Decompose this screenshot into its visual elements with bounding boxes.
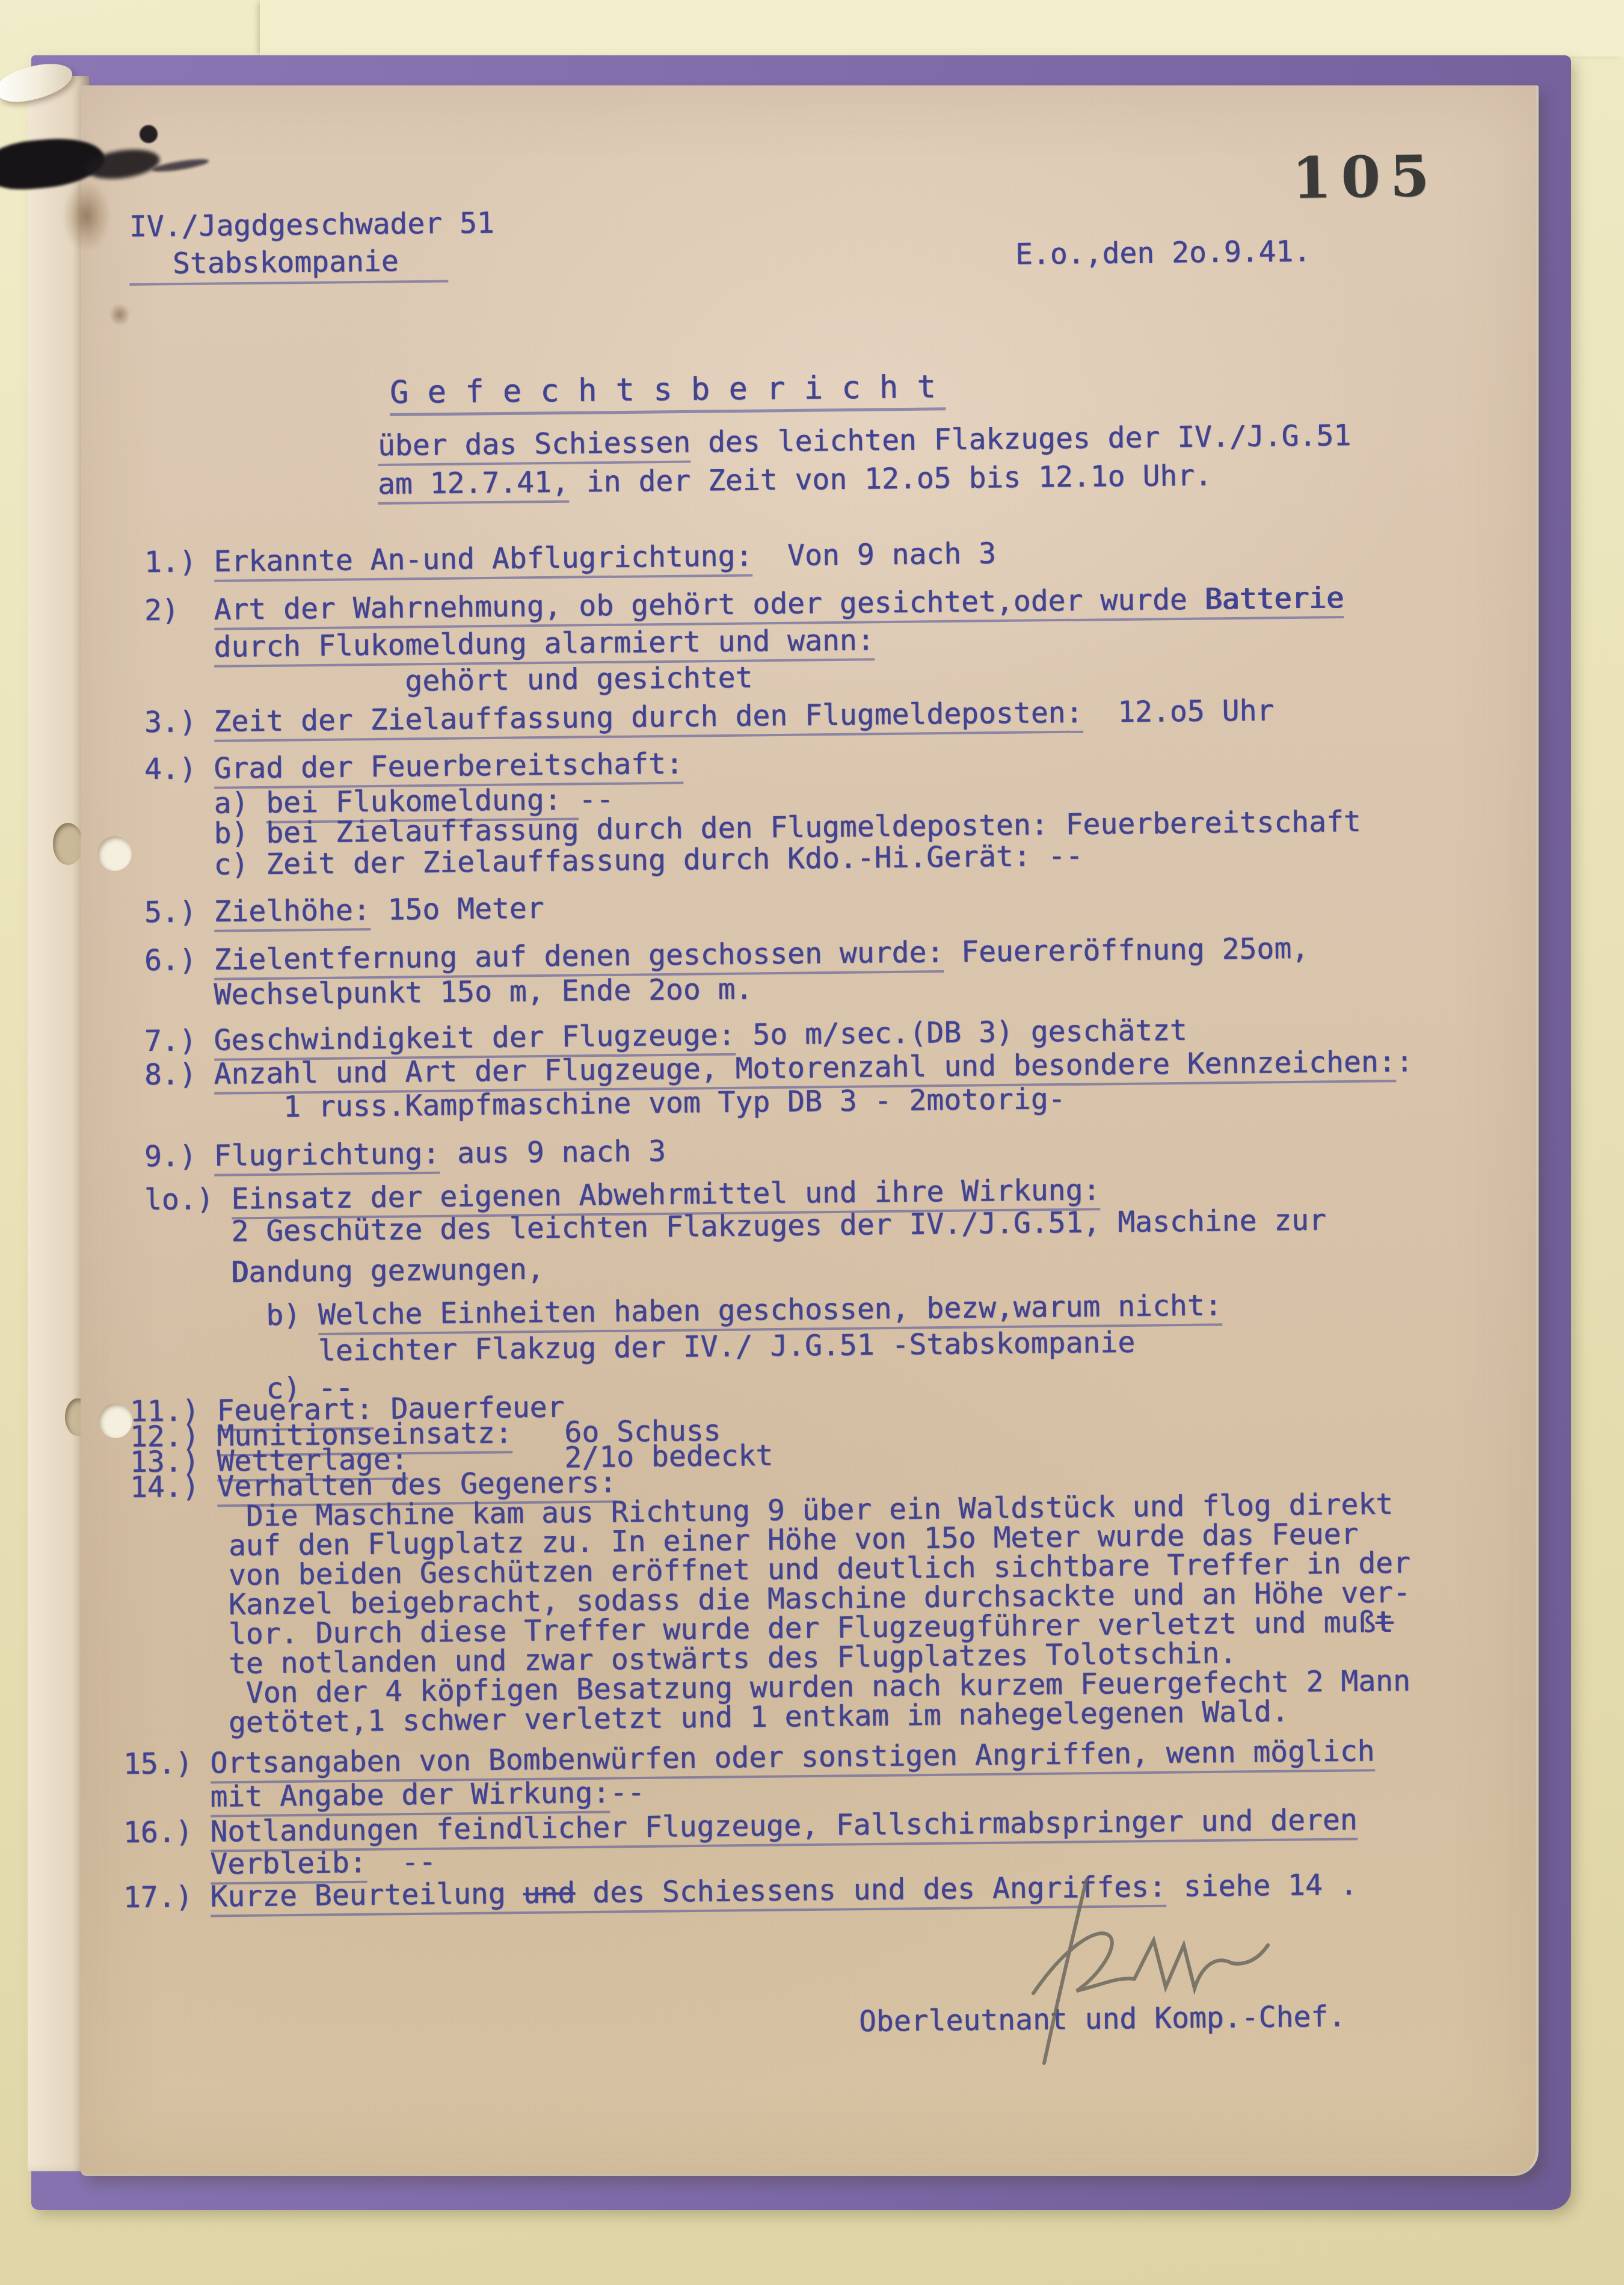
- report-line: gehört und gesichtet: [144, 662, 753, 699]
- unit-designation: IV./Jagdgeschwader 51: [129, 208, 494, 242]
- report-line: am 12.7.41, in der Zeit von 12.o5 bis 12…: [378, 460, 1213, 499]
- report-line: 4.) Grad der Feuerbereitschaft:: [144, 749, 683, 785]
- report-line: 5.) Zielhöhe: 15o Meter: [144, 893, 544, 927]
- page-number-stamp: 105: [1291, 147, 1439, 209]
- report-line: 6.) Zielentfernung auf denen geschossen …: [144, 933, 1309, 976]
- report-line: Wechselpunkt 15o m, Ende 2oo m.: [144, 974, 753, 1010]
- report-line: c) Zeit der Zielauffassung durch Kdo.-Hi…: [144, 841, 1083, 881]
- report-line: b) Welche Einheiten haben geschossen, be…: [144, 1290, 1222, 1332]
- report-line: Verbleib: --: [123, 1847, 437, 1881]
- report-line: durch Flukomeldung alarmiert und wann:: [144, 625, 875, 663]
- report-line: mit Angabe der Wirkung:--: [123, 1777, 645, 1813]
- report-line: leichter Flakzug der IV./ J.G.51 -Stabsk…: [144, 1327, 1136, 1368]
- scanned-document-page: { "page": { "number": "105", "unit_line1…: [0, 0, 1624, 2285]
- report-line: 1.) Erkannte An-und Abflugrichtung: Von …: [144, 538, 996, 577]
- report-line: 9.) Flugrichtung: aus 9 nach 3: [144, 1136, 666, 1172]
- report-line: Dandung gezwungen,: [144, 1254, 544, 1288]
- report-line: 2) Art der Wahrnehmung, ob gehört oder g…: [144, 583, 1344, 626]
- signature-scribble: [962, 1875, 1335, 2068]
- report-title: G e f e c h t s b e r i c h t: [390, 371, 946, 409]
- report-line: über das Schiessen des leichten Flakzuge…: [378, 420, 1352, 461]
- report-line: 1 russ.Kampfmaschine vom Typ DB 3 - 2mot…: [144, 1084, 1066, 1124]
- unit-subunit: Stabskompanie: [129, 245, 448, 279]
- typewritten-text-layer: IV./Jagdgeschwader 51 Stabskompanie E.o.…: [0, 0, 1624, 2285]
- report-line: 15.) Ortsangaben von Bombenwürfen oder s…: [123, 1736, 1375, 1779]
- report-line: 3.) Zeit der Zielauffassung durch den Fl…: [144, 695, 1275, 737]
- date-line: E.o.,den 2o.9.41.: [1015, 236, 1311, 270]
